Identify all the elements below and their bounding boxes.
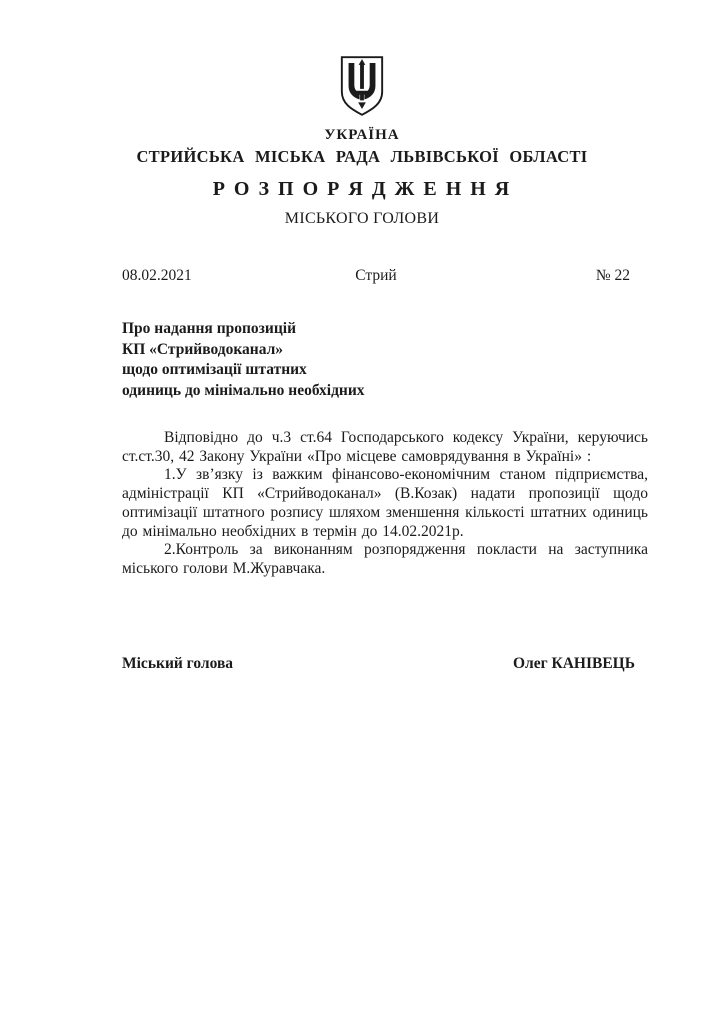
subject-line: щодо оптимізації штатних bbox=[122, 360, 524, 381]
body-paragraph-item-1: 1.У зв’язку із важким фінансово-економіч… bbox=[122, 466, 648, 541]
document-meta-row: 08.02.2021 Стрий № 22 bbox=[122, 267, 648, 285]
document-header: УКРАЇНА СТРИЙСЬКА МІСЬКА РАДА ЛЬВІВСЬКОЇ… bbox=[0, 0, 724, 228]
document-subtype-title: МІСЬКОГО ГОЛОВИ bbox=[0, 210, 724, 228]
document-body: Відповідно до ч.3 ст.64 Господарського к… bbox=[122, 429, 648, 579]
authority-name: СТРИЙСЬКА МІСЬКА РАДА ЛЬВІВСЬКОЇ ОБЛАСТІ bbox=[0, 147, 724, 167]
document-date: 08.02.2021 bbox=[122, 267, 291, 285]
subject-line: одиниць до мінімально необхідних bbox=[122, 381, 524, 402]
document-place: Стрий bbox=[291, 267, 460, 285]
body-paragraph-item-2: 2.Контроль за виконанням розпорядження п… bbox=[122, 541, 648, 578]
subject-line: Про надання пропозицій bbox=[122, 319, 524, 340]
document-number: № 22 bbox=[461, 267, 648, 285]
document-type-title: Р О З П О Р Я Д Ж Е Н Н Я bbox=[0, 178, 724, 201]
document-page: УКРАЇНА СТРИЙСЬКА МІСЬКА РАДА ЛЬВІВСЬКОЇ… bbox=[0, 0, 724, 1024]
subject-line: КП «Стрийводоканал» bbox=[122, 340, 524, 361]
signatory-name: Олег КАНІВЕЦЬ bbox=[513, 655, 635, 673]
document-subject-block: Про надання пропозицій КП «Стрийводокана… bbox=[122, 319, 524, 401]
signatory-position: Міський голова bbox=[122, 655, 233, 673]
country-name: УКРАЇНА bbox=[0, 127, 724, 144]
body-paragraph-preamble: Відповідно до ч.3 ст.64 Господарського к… bbox=[122, 429, 648, 466]
signature-row: Міський голова Олег КАНІВЕЦЬ bbox=[122, 655, 635, 673]
ukraine-tryzub-coat-of-arms-icon bbox=[338, 55, 386, 117]
